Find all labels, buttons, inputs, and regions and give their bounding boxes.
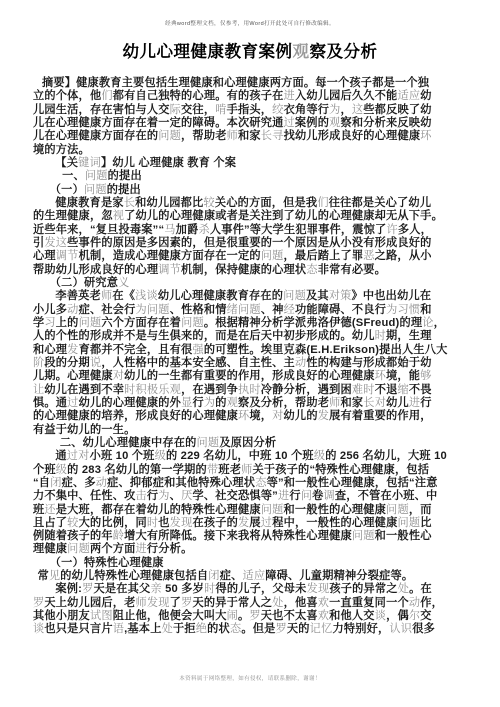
text-line: 小儿多动症、社会行为问题、性格和情绪问题、神经功能障碍、不良行为习惯和: [33, 304, 467, 317]
text-line: 班还是大班，都存在着幼儿的特殊性心理健康问题和一般性的心理健康问题，而: [33, 504, 467, 517]
text-line: 人的个性的形成并不是与生俱来的，而是在后天中初步形成的。幼儿时期，生理: [33, 330, 467, 343]
text-line: 境的方法。: [33, 144, 467, 157]
text-line: 健康教育是家长和幼儿园都比较关心的方面，但是我们往往都是关心了幼儿: [33, 197, 467, 210]
text-line: 儿园生活，存在害怕与人交际交往，啃手指头，绞衣角等行为，这些都反映了幼: [33, 104, 467, 117]
text-line: 二、幼儿心理健康中存在的问题及原因分析: [33, 437, 467, 450]
text-line: 学习上的问题六个方面存在着问题。根据精神分析学派弗洛伊德(SFreud)的理论，: [33, 317, 467, 330]
text-line: 让幼儿在遇到不幸时积极乐观，在遇到争执时冷静分析，遇到困难时不退缩不畏: [33, 384, 467, 397]
text-line: 阶段的分期说，人性格中的基本安全感、自主性、主动性的构建与形成都始于幼: [33, 357, 467, 370]
text-line: 摘要】健康教育主要包括生理健康和心理健康两方面。每一个孩子都是一个独: [33, 77, 467, 90]
text-line: 案例:罗天是在其父亲 50 多岁时得的儿子，父母未发现孩子的异常之处。在: [33, 583, 467, 596]
text-line: 和心理发育都并不完全，且有很强的可塑性。埃里克森(E.H.Erikson)提出人…: [33, 344, 467, 357]
document-page: 经典word整理文档，仅参考，用Word打开此处可自行修改编辑。 幼儿心理健康教…: [0, 0, 500, 707]
text-line: 其他小朋友试图阻止他，他便会大叫大闹。罗天也不太喜欢和他人交谈，偶尔交: [33, 610, 467, 623]
text-line: 儿在心理健康方面存在的问题，帮助老师和家长寻找幼儿形成良好的心理健康环: [33, 130, 467, 143]
footer-note: 本资料属于网络整理，如有侵权，请联系删除，谢谢！: [0, 674, 500, 682]
document-title: 幼儿心理健康教育案例观察及分析: [0, 38, 500, 62]
text-line: 一、问题的提出: [33, 170, 467, 183]
text-line: 儿在心理健康方面存在着一定的障碍。本次研究通过案例的观察和分析来反映幼: [33, 117, 467, 130]
text-line: 例随着孩子的年龄增大有所降低。接下来我将从特殊性心理健康问题和一般性心: [33, 530, 467, 543]
text-line: 惧。通过幼儿的心理健康的外显行为的观察及分析，帮助老师和家长对幼儿进行: [33, 397, 467, 410]
text-line: 李善英老师在《浅谈幼儿心理健康教育存在的问题及其对策》中也出幼儿在: [33, 290, 467, 303]
text-line: 力不集中、任性、攻击行为、厌学、社交恐惧等”进行问卷调查，不管在小班、中: [33, 490, 467, 503]
text-line: 的生理健康，忽视了幼儿的心理健康或者是关注到了幼儿的心理健康却无从下手。: [33, 210, 467, 223]
text-line: 近些年来，“复旦投毒案”“马加爵杀人事件”等大学生犯罪事件，震惊了许多人，: [33, 224, 467, 237]
text-line: “自闭症、多动症、抑郁症和其他特殊心理状态等”和一般性心理健康，包括“注意: [33, 477, 467, 490]
text-line: 罗天上幼儿园后，老师发现了罗天的异于常人之处，他喜欢一直重复同一个动作，: [33, 597, 467, 610]
text-line: 常见的幼儿特殊性心理健康包括自闭症、适应障碍、儿童期精神分裂症等。: [33, 570, 467, 583]
text-line: （一）问题的提出: [33, 184, 467, 197]
text-line: 的心理健康的培养，形成良好的心理健康环境，对幼儿的发展有着重要的作用，: [33, 410, 467, 423]
text-line: 立的个体，他们都有自己独特的心理。有的孩子在进入幼儿园后久久不能适应幼: [33, 90, 467, 103]
text-line: 儿期。心理健康对幼儿的一生都有重要的作用，形成良好的心理健康环境，能够: [33, 370, 467, 383]
text-line: 帮助幼儿形成良好的心理调节机制，保持健康的心理状态非常有必要。: [33, 264, 467, 277]
text-line: （一）特殊性心理健康: [33, 557, 467, 570]
text-line: 理健康问题两个方面进行分析。: [33, 543, 467, 556]
text-line: 谈也只是只言片语,基本上处于拒绝的状态。但是罗天的记忆力特别好，认识很多: [33, 623, 467, 636]
text-line: 【关键词】幼儿 心理健康 教育 个案: [33, 157, 467, 170]
text-line: 心理调节机制，造成心理健康方面存在一定的问题，最后踏上了罪恶之路，从小: [33, 250, 467, 263]
header-note: 经典word整理文档，仅参考，用Word打开此处可自行修改编辑。: [0, 19, 500, 27]
document-body: 摘要】健康教育主要包括生理健康和心理健康两方面。每一个孩子都是一个独立的个体，他…: [33, 77, 467, 637]
text-line: （二）研究意义: [33, 277, 467, 290]
text-line: 通过对小班 10 个班级的 229 名幼儿，中班 10 个班级的 256 名幼儿…: [33, 450, 467, 463]
text-line: 个班级的 283 名幼儿的第一学期的带班老师关于孩子的“特殊性心理健康，包括: [33, 464, 467, 477]
text-line: 且占了较大的比例，同时也发现在孩子的发展过程中，一般性的心理健康问题比: [33, 517, 467, 530]
text-line: 有益于幼儿的一生。: [33, 424, 467, 437]
text-line: 引发这些事件的原因是多因素的，但是很重要的一个原因是从小没有形成良好的: [33, 237, 467, 250]
